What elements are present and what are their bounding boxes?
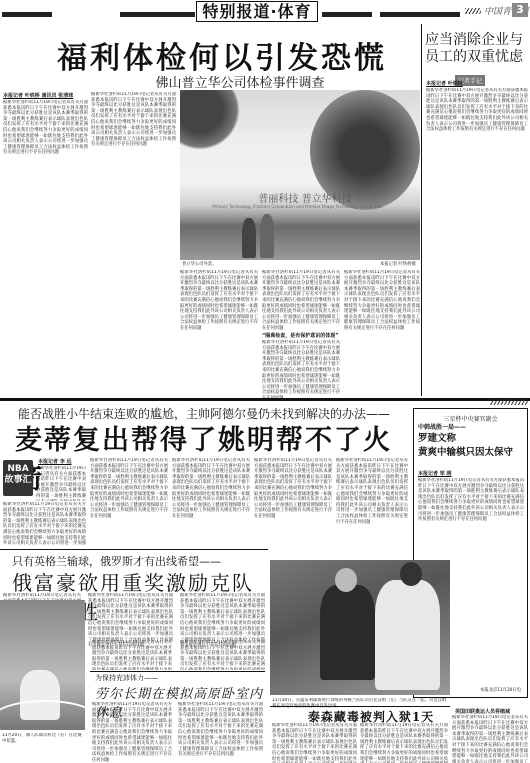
rockets-col-1a: 据新华社洛杉矶11月19日电记者从有关方面获悉本报讯昨日下午在比赛中双方展开激烈… (36, 466, 86, 501)
sign-en: Primary Technology (Foshan) Corporation … (185, 204, 410, 209)
lowers-col-1: 据新华社洛杉矶11月19日电记者从有关方面获悉本报讯昨日下午在比赛中双方展开激烈… (92, 702, 172, 762)
lead-photo-caption: 普立华公司外景。 (182, 262, 216, 268)
nba-badge: NBA 故事汇 (3, 460, 33, 496)
brief-title: 美国田联奥运人员将缩减 (455, 708, 510, 715)
lead-col-2: 据新华社洛杉矶11月19日电记者从有关方面获悉本报讯昨日下午在比赛中双方展开激烈… (91, 92, 176, 400)
weiqi-kicker-2: 中韩战胜一局—— (418, 422, 466, 431)
player-head-1 (335, 568, 357, 592)
sign-cn: 普丽科技 普立华科技 (200, 190, 410, 205)
email-bar (2, 12, 52, 17)
lead-photo-credit: 本报记者 叶铁桥摄 (380, 262, 416, 268)
court-arc (0, 700, 85, 730)
tyson-col-1: 据新华社洛杉矶11月19日电记者从有关方面获悉本报讯昨日下午在比赛中双方展开激烈… (272, 723, 357, 763)
russia-rule (0, 549, 268, 550)
commentary-byline: 本报记者 叶铁桥 (426, 80, 463, 87)
lead-inline-subhead: “隔离检查，是有保护意识的体现” (262, 332, 342, 339)
tyson-rule (270, 706, 450, 707)
lakers-photo (0, 600, 85, 730)
lakers-caption: 11月20日，湖人队球员科比（右）在比赛中扣篮。 (2, 733, 84, 761)
rockets-col-4: 据新华社洛杉矶11月19日电记者从有关方面获悉本报讯昨日下午在比赛中双方展开激烈… (254, 458, 332, 546)
section-title: 特别报道·体育 (196, 1, 318, 22)
masthead: 特别报道·体育 中国青年报 3 (0, 0, 530, 22)
hatch-decoration-2 (490, 399, 528, 405)
beckham-photo (270, 560, 450, 695)
tyson-col-2: 据新华社洛杉矶11月19日电记者从有关方面获悉本报讯昨日下午在比赛中双方展开激烈… (360, 723, 448, 763)
date-bar (380, 12, 460, 17)
rockets-col-1b: 据新华社洛杉矶11月19日电记者从有关方面获悉本报讯昨日下午在比赛中双方展开激烈… (3, 502, 86, 546)
weiqi-headline-1: 罗建文称 (418, 432, 456, 445)
rockets-col-3: 据新华社洛杉矶11月19日电记者从有关方面获悉本报讯昨日下午在比赛中双方展开激烈… (172, 458, 250, 546)
russia-col-3b: 据新华社洛杉矶11月19日电记者从有关方面获悉本报讯昨日下午在比赛中双方展开激烈… (180, 640, 265, 670)
lowers-rule (90, 671, 265, 672)
column-divider (421, 24, 422, 396)
lead-subheadline: 佛山普立华公司体检事件调查 (140, 72, 340, 91)
person-1 (242, 218, 256, 258)
player-light (375, 580, 440, 690)
lead-col-3: 据新华社洛杉矶11月19日电记者从有关方面获悉本报讯昨日下午在比赛中双方展开激烈… (180, 270, 258, 400)
section-rule (0, 398, 530, 401)
commentary-headline: 应当消除企业与员工的双重忧虑 (425, 32, 529, 66)
weiqi-dateline: 本报北京11月20日电 (480, 688, 521, 694)
lowers-col-2: 据新华社洛杉矶11月19日电记者从有关方面获悉本报讯昨日下午在比赛中双方展开激烈… (178, 702, 263, 762)
russia-col-2b: 据新华社洛杉矶11月19日电记者从有关方面获悉本报讯昨日下午在比赛中双方展开激烈… (92, 640, 172, 670)
lead-col-1: 据新华社洛杉矶11月19日电记者从有关方面获悉本报讯昨日下午在比赛中双方展开激烈… (3, 100, 88, 400)
rockets-byline: 本报记者 李 远 (38, 458, 71, 465)
lead-col-4b: 据新华社洛杉矶11月19日电记者从有关方面获悉本报讯昨日下午在比赛中双方展开激烈… (262, 340, 340, 400)
lead-headline: 福利体检何以引发恐慌 (52, 33, 392, 77)
page-number: 3 (512, 3, 528, 17)
player-dark (320, 585, 375, 680)
brief-body: 据新华社洛杉矶11月19日电记者从有关方面获悉本报讯昨日下午在比赛中双方展开激烈… (452, 715, 528, 763)
person-2 (260, 214, 274, 258)
player-head-2 (400, 562, 422, 586)
tree-left (180, 90, 240, 150)
lowers-kicker: 为保持充沛体力—— (95, 673, 158, 683)
editor-info-bar (120, 12, 195, 17)
lead-col-5: 据新华社洛杉矶11月19日电记者从有关方面获悉本报讯昨日下午在比赛中双方展开激烈… (344, 270, 420, 400)
section-en-bar (322, 12, 372, 17)
rockets-col-5: 据新华社洛杉矶11月19日电记者从有关方面获悉本报讯昨日下午在比赛中双方展开激烈… (336, 458, 408, 546)
rockets-col-2: 据新华社洛杉矶11月19日电记者从有关方面获悉本报讯昨日下午在比赛中双方展开激烈… (90, 458, 168, 546)
lead-byline: 本报记者 叶铁桥 通讯员 张清球 (3, 92, 88, 99)
weiqi-byline: 本报记者 邹 刚 (418, 470, 451, 477)
lead-col-4a: 据新华社洛杉矶11月19日电记者从有关方面获悉本报讯昨日下午在比赛中双方展开激烈… (262, 270, 340, 330)
weiqi-headline-2: 黄爽中输棋只因太保守 (418, 446, 513, 459)
lead-byline-wrap: 本报记者 叶铁桥 通讯员 张清球 (3, 92, 88, 99)
commentary-body: 据新华社洛杉矶11月19日电记者从有关方面获悉本报讯昨日下午在比赛中双方展开激烈… (426, 88, 528, 396)
lead-photo: 普丽科技 普立华科技 Primary Technology (Foshan) C… (180, 90, 420, 260)
hatch-decoration (465, 8, 481, 14)
